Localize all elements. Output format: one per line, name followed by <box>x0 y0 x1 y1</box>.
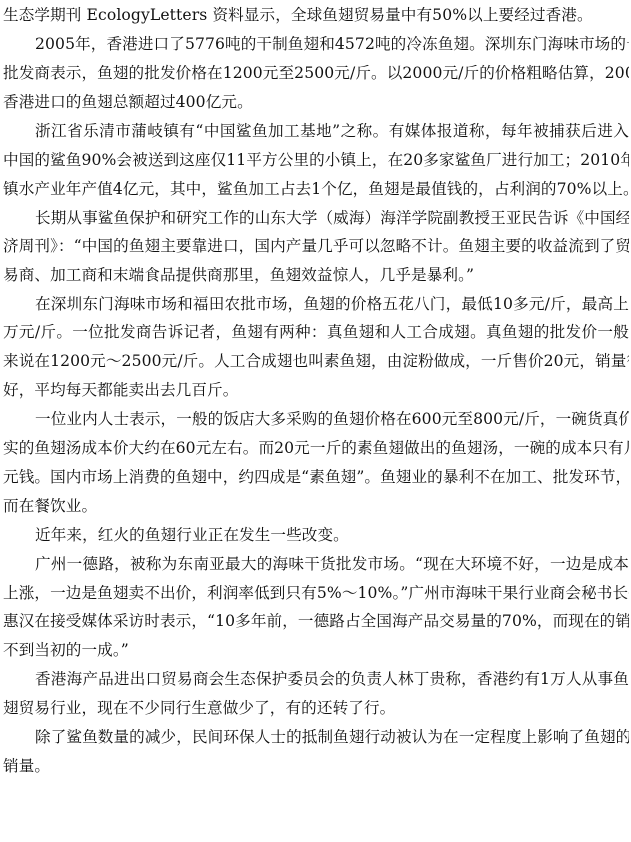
text-line: 中国的鲨鱼90%会被送到这座仅11平方公里的小镇上，在20多家鲨鱼厂进行加工；2… <box>3 150 629 170</box>
text-line: 香港海产品进出口贸易商会生态保护委员会的负责人林丁贵称，香港约有1万人从事鱼 <box>35 669 629 689</box>
text-line: 广州一德路，被称为东南亚最大的海味干货批发市场。“现在大环境不好，一边是成本 <box>35 554 629 574</box>
text-line: 一位业内人士表示，一般的饭店大多采购的鱼翅价格在600元至800元/斤，一碗货真… <box>35 409 629 429</box>
text-line: 销量。 <box>3 756 631 776</box>
text-line: 近年来，红火的鱼翅行业正在发生一些改变。 <box>35 525 631 545</box>
text-line: 除了鲨鱼数量的减少，民间环保人士的抵制鱼翅行动被认为在一定程度上影响了鱼翅的 <box>35 727 629 747</box>
text-line: 万元/斤。一位批发商告诉记者，鱼翅有两种：真鱼翅和人工合成翅。真鱼翅的批发价一般 <box>3 322 629 342</box>
text-line: 济周刊》：“中国的鱼翅主要靠进口，国内产量几乎可以忽略不计。鱼翅主要的收益流到了… <box>3 236 629 256</box>
text-line: 元钱。国内市场上消费的鱼翅中，约四成是“素鱼翅”。鱼翅业的暴利不在加工、批发环节… <box>3 467 629 487</box>
text-line: 实的鱼翅汤成本价大约在60元左右。而20元一斤的素鱼翅做出的鱼翅汤，一碗的成本只… <box>3 438 629 458</box>
text-line: 香港进口的鱼翅总额超过400亿元。 <box>3 92 631 112</box>
text-line: 好，平均每天都能卖出去几百斤。 <box>3 380 631 400</box>
document-page: 生态学期刊 EcologyLetters 资料显示，全球鱼翅贸易量中有50%以上… <box>0 0 631 842</box>
text-line: 镇水产业年产值4亿元，其中，鲨鱼加工占去1个亿，鱼翅是最值钱的，占利润的70%以… <box>3 179 631 199</box>
text-line: 翅贸易行业，现在不少同行生意做少了，有的还转了行。 <box>3 698 631 718</box>
text-line: 长期从事鲨鱼保护和研究工作的山东大学（威海）海洋学院副教授王亚民告诉《中国经 <box>35 208 629 228</box>
text-line: 不到当初的一成。” <box>3 640 631 660</box>
text-line: 易商、加工商和末端食品提供商那里，鱼翅效益惊人，几乎是暴利。” <box>3 265 631 285</box>
text-line: 生态学期刊 EcologyLetters 资料显示，全球鱼翅贸易量中有50%以上… <box>3 5 631 25</box>
text-line: 批发商表示，鱼翅的批发价格在1200元至2500元/斤。以2000元/斤的价格粗… <box>3 63 629 83</box>
text-line: 惠汉在接受媒体采访时表示，“10多年前，一德路占全国海产品交易量的70%，而现在… <box>3 611 629 631</box>
text-line: 上涨，一边是鱼翅卖不出价，利润率低到只有5%～10%。”广州市海味干果行业商会秘… <box>3 583 629 603</box>
text-line: 浙江省乐清市蒲岐镇有“中国鲨鱼加工基地”之称。有媒体报道称，每年被捕获后进入 <box>35 121 629 141</box>
text-line: 而在餐饮业。 <box>3 496 631 516</box>
text-line: 2005年，香港进口了5776吨的干制鱼翅和4572吨的冷冻鱼翅。深圳东门海味市… <box>35 34 629 54</box>
text-line: 在深圳东门海味市场和福田农批市场，鱼翅的价格五花八门，最低10多元/斤，最高上 <box>35 294 629 314</box>
text-line: 来说在1200元～2500元/斤。人工合成翅也叫素鱼翅，由淀粉做成，一斤售价20… <box>3 351 629 371</box>
